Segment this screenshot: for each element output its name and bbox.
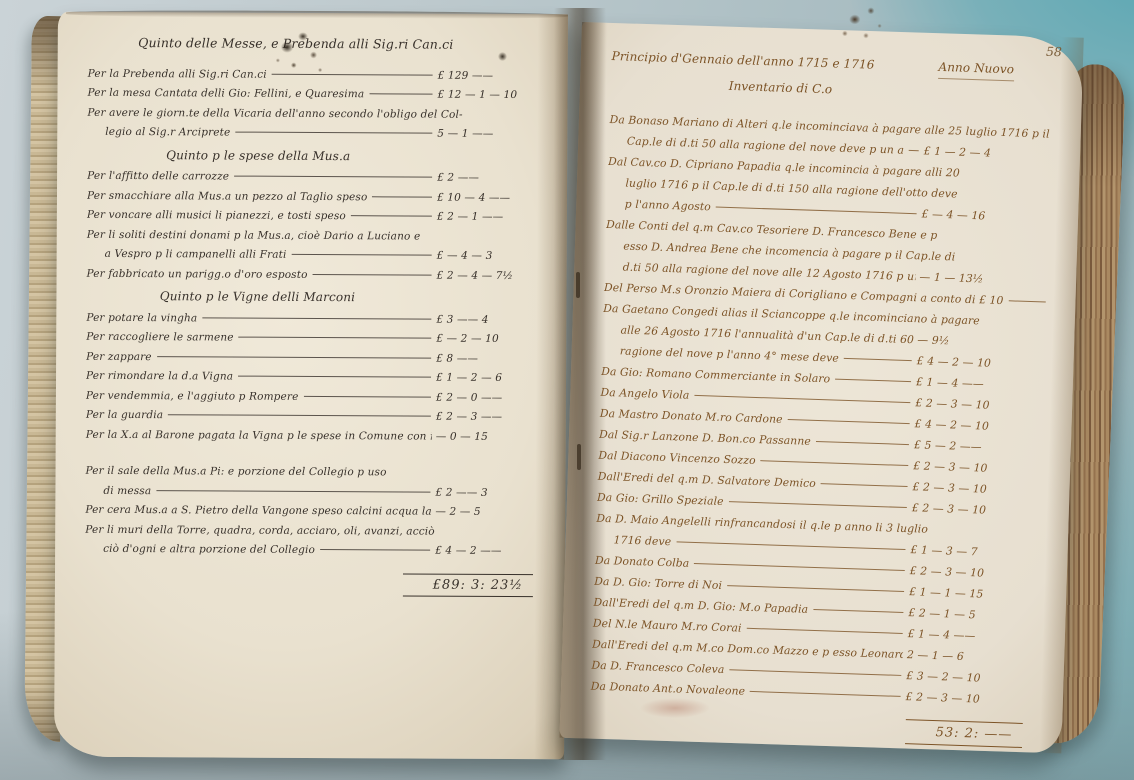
line-text: Per voncare alli musici li pianezzi, e t… [87,206,346,227]
leader-line [272,73,433,75]
line-text: Per la guardia [86,406,163,426]
ledger-line: Per potare la vingha£ 3 —— 4 [86,308,548,330]
amount: £ 8 —— [436,349,548,369]
amount: £ 129 —— [438,66,550,86]
leader-line [694,395,910,403]
leader-line [813,609,903,613]
line-text: Per cera Mus.a a S. Pietro della Vangone… [85,501,431,522]
leader-line [727,585,904,592]
amount: — 2 — 5 [435,503,547,523]
leader-line [303,395,430,397]
amount: £ — 4 — 3 [437,247,549,267]
left-page-text: Quinto delle Messe, e Prebenda alli Sig.… [84,33,550,735]
section-heading: Quinto p le spese della Mus.a [87,145,549,167]
leader-line [235,132,432,134]
leader-line [369,93,432,94]
line-text: Per la Prebenda alli Sig.ri Can.ci [88,64,267,84]
ledger-line: Per la Prebenda alli Sig.ri Can.ci£ 129 … [88,64,550,86]
binding-stitch [576,272,580,298]
right-page-total: 53: 2: —— [905,719,1023,748]
subheading-text: Inventario di C.o [728,76,832,100]
line-text: Da Angelo Viola [600,382,690,406]
line-text: Per raccogliere le sarmene [86,328,233,348]
amount: £ 2 — 4 — 7½ [437,266,549,286]
ledger-line: legio al Sig.r Arciprete5 — 1 —— [87,123,549,145]
amount: £ 2 — 3 —— [436,408,548,428]
left-page-total: £89: 3: 23½ [403,573,533,597]
amount: £ 10 — 4 —— [437,188,549,208]
line-text: Da Donato Ant.o Novaleone [590,676,745,702]
line-text: Per rimondare la d.a Vigna [86,367,233,387]
ledger-line: ciò d'ogni e altra porzione del Collegio… [85,540,547,562]
binding-stitch [577,444,581,470]
line-text: Per vendemmia, e l'aggiuto p Rompere [86,386,299,407]
leader-line [750,691,900,697]
heading-annotation: Anno Nuovo [938,57,1014,81]
left-page-title: Quinto delle Messe, e Prebenda alli Sig.… [88,33,550,55]
amount: £ 3 —— 4 [436,310,548,330]
line-text: a Vespro p li campanelli alli Frati [105,245,287,265]
leader-line [239,337,432,339]
ledger-line: Per raccogliere le sarmene£ — 2 — 10 [86,328,548,350]
ledger-line: Per fabbricato un parigg.o d'oro esposto… [87,264,549,286]
line-text: legio al Sig.r Arciprete [105,123,230,143]
manuscript-photo: Quinto delle Messe, e Prebenda alli Sig.… [0,0,1134,780]
amount: £ — 2 — 10 [436,330,548,350]
ledger-line: di messa£ 2 —— 3 [85,481,547,503]
amount: £ 12 — 1 — 10 [437,86,549,106]
ledger-line: Per smacchiare alla Mus.a un pezzo al Ta… [87,186,549,208]
leader-line [676,541,905,550]
ledger-line: Per rimondare la d.a Vigna£ 1 — 2 — 6 [86,367,548,389]
line-text: Per avere le giorn.te della Vicaria dell… [87,103,462,124]
ledger-line: Per voncare alli musici li pianezzi, e t… [87,206,549,228]
leader-line [372,196,432,197]
leader-line [292,254,432,256]
left-page-title-text: Quinto delle Messe, e Prebenda alli Sig.… [138,33,453,54]
section-heading: Quinto p le Vigne delli Marconi [86,287,548,309]
ledger-line: Per il sale della Mus.a Pi: e porzione d… [85,462,547,484]
leader-line [351,215,432,216]
line-text: ciò d'ogni e altra porzione del Collegio [103,540,315,561]
amount: £ 2 —— [437,169,549,189]
amount: £ 2 — 1 —— [437,208,549,228]
amount: £ 2 — 0 —— [436,388,548,408]
amount: — 0 — 15 [436,427,548,447]
line-text: di messa [103,481,151,501]
amount: £ 1 — 2 — 6 [436,369,548,389]
amount: £ — 4 — 16 [921,203,1054,228]
line-text: Quinto p le Vigne delli Marconi [160,287,355,308]
leader-line [716,207,917,215]
line-text: 1716 deve [613,529,671,552]
leader-line [844,358,912,361]
line-text: Per la X.a al Barone pagata la Vigna p l… [86,425,432,446]
line-text: Per potare la vingha [86,308,197,328]
leader-line [202,317,431,319]
ledger-line: Per la X.a al Barone pagata la Vigna p l… [86,425,548,447]
leader-line [238,376,431,378]
line-text: Per zappare [86,347,152,367]
left-page-total-row: £89: 3: 23½ [85,571,547,597]
left-page-rows: Per la Prebenda alli Sig.ri Can.ci£ 129 … [85,64,550,561]
ledger-line: a Vespro p li campanelli alli Frati£ — 4… [87,245,549,267]
line-text: Per fabbricato un parigg.o d'oro esposto [87,264,308,285]
right-page-text: Principio d'Gennaio dell'anno 1715 e 171… [589,46,1059,748]
leader-line [909,150,919,151]
leader-line [234,176,432,178]
ledger-line: Per avere le giorn.te della Vicaria dell… [87,103,549,125]
leader-line [835,379,911,383]
leader-line [761,460,909,466]
amount: 5 — 1 —— [437,125,549,145]
leader-line [320,549,430,551]
leader-line [694,563,904,571]
leader-line [729,501,907,508]
page-number: 58 [1046,44,1062,60]
amount: £ 4 — 2 —— [435,542,547,562]
leader-line [1008,300,1045,302]
line-text: Per smacchiare alla Mus.a un pezzo al Ta… [87,186,368,207]
ledger-line: Per l'affitto delle carrozze£ 2 —— [87,167,549,189]
line-text: Per li muri della Torre, quadra, corda, … [85,520,435,541]
leader-line [729,669,901,676]
right-page-rows: Da Bonaso Mariano di Alteri q.le incomin… [590,109,1056,711]
leader-line [156,490,430,492]
leader-line [157,356,431,358]
leader-line [747,628,903,634]
ledger-line: Per la mesa Cantata delli Gio: Fellini, … [87,84,549,106]
ledger-line: Per cera Mus.a a S. Pietro della Vangone… [85,501,547,523]
ledger-line: Per vendemmia, e l'aggiuto p Rompere£ 2 … [86,386,548,408]
amount: £ 2 —— 3 [435,483,547,503]
line-text: p l'anno Agosto [624,194,711,218]
line-text: Per la mesa Cantata delli Gio: Fellini, … [87,84,364,105]
line-text: Quinto p le spese della Mus.a [166,146,350,166]
leader-line [168,414,431,416]
ledger-line: Per li muri della Torre, quadra, corda, … [85,520,547,542]
leader-line [816,441,909,445]
line-text: Per li soliti destini donami p la Mus.a,… [87,225,421,246]
ledger-line: Per li soliti destini donami p la Mus.a,… [87,225,549,247]
ledger-line: Per la guardia£ 2 — 3 —— [86,406,548,428]
ledger-line: Per zappare£ 8 —— [86,347,548,369]
leader-line [788,419,910,424]
line-text: Per l'affitto delle carrozze [87,167,229,187]
amount: £ 2 — 3 — 10 [912,497,1045,522]
leader-line [821,483,908,487]
line-text: Per il sale della Mus.a Pi: e porzione d… [85,462,386,483]
leader-line [313,273,432,275]
amount: £ 2 — 3 — 10 [905,686,1038,711]
